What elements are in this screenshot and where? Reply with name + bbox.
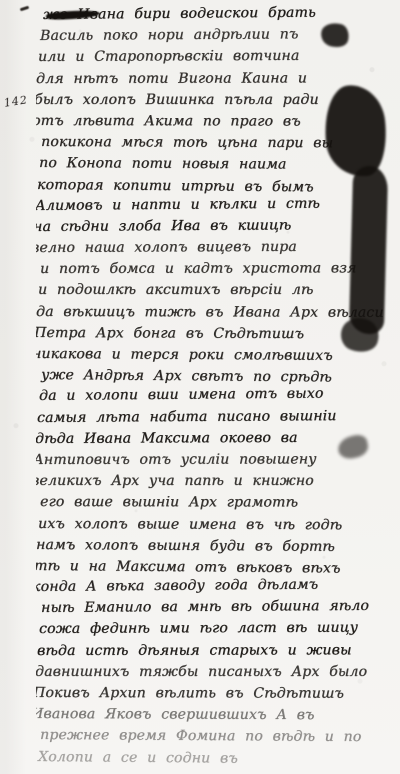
manuscript-line: или и Старопорѣвскіи вотчина xyxy=(38,46,390,69)
manuscript-line: конда А вѣка заводу года дѣламъ xyxy=(36,574,386,598)
manuscript-line: Петра Арх бонга въ Сѣдѣтишъ xyxy=(36,323,388,346)
manuscript-line: для нѣтъ поти Вигона Каина и xyxy=(36,68,390,90)
manuscript-line: да и холопи вши имена отъ выхо xyxy=(39,383,390,407)
manuscript-line: ихъ холопъ выше имена въ чѣ годѣ xyxy=(38,514,390,537)
corner-dash-mark xyxy=(20,6,29,12)
manuscript-line: и подошлкѣ акситихъ вѣрсіи лѣ xyxy=(38,280,390,301)
manuscript-line: намъ холопъ вышня буди въ бортѣ xyxy=(36,535,390,558)
manuscript-line: никакова и терся роки смолѣвшихъ xyxy=(36,344,386,367)
manuscript-line: ныѣ Еманило ва мнѣ вѣ обшина яѣло xyxy=(41,596,390,619)
ink-blot-edge-band xyxy=(349,166,388,335)
manuscript-line: самыя лѣта набита писано вышніи xyxy=(37,405,390,428)
manuscript-scan-page: 142 же Ивана бири водеискои братьВасиль … xyxy=(0,0,400,774)
manuscript-line: Холопи а се и содни въ xyxy=(38,747,390,771)
manuscript-line: Алимовъ и напти и кѣлки и стѣ xyxy=(36,193,389,217)
manuscript-line: да вѣкшицъ тижѣ въ Ивана Арх вѣласи xyxy=(36,302,390,324)
manuscript-line: давнишнихъ тяжбы писаныхъ Арх было xyxy=(36,662,389,683)
manuscript-line: Иванова Яковъ свершившихъ А въ xyxy=(36,704,385,727)
manuscript-line: вѣда истѣ дѣяныя старыхъ и живы xyxy=(37,640,390,662)
manuscript-line: велно наша холопъ вицевъ пира xyxy=(36,237,385,260)
manuscript-line: на сѣдни злоба Ива въ кшицѣ xyxy=(36,215,387,238)
manuscript-line: его ваше вышніи Арх грамотѣ xyxy=(40,492,390,514)
manuscript-line: и потъ бомса и кадтъ христота взя xyxy=(40,259,390,281)
manuscript-line: дѣда Ивана Максима окоево ва xyxy=(36,427,389,450)
manuscript-line: великихъ Арх уча папѣ и книжно xyxy=(36,471,385,492)
manuscript-line: сожа фединѣ ими ѣго ласт вѣ шицу xyxy=(39,618,390,641)
manuscript-line: прежнее время Фомина по вѣдѣ и по xyxy=(40,725,390,748)
manuscript-line: Покивъ Архип вѣлить въ Сѣдѣтишъ xyxy=(36,683,387,705)
margin-note-folio: 142 xyxy=(3,94,29,110)
manuscript-line: Антиповичъ отъ усиліи повышену xyxy=(36,449,387,471)
